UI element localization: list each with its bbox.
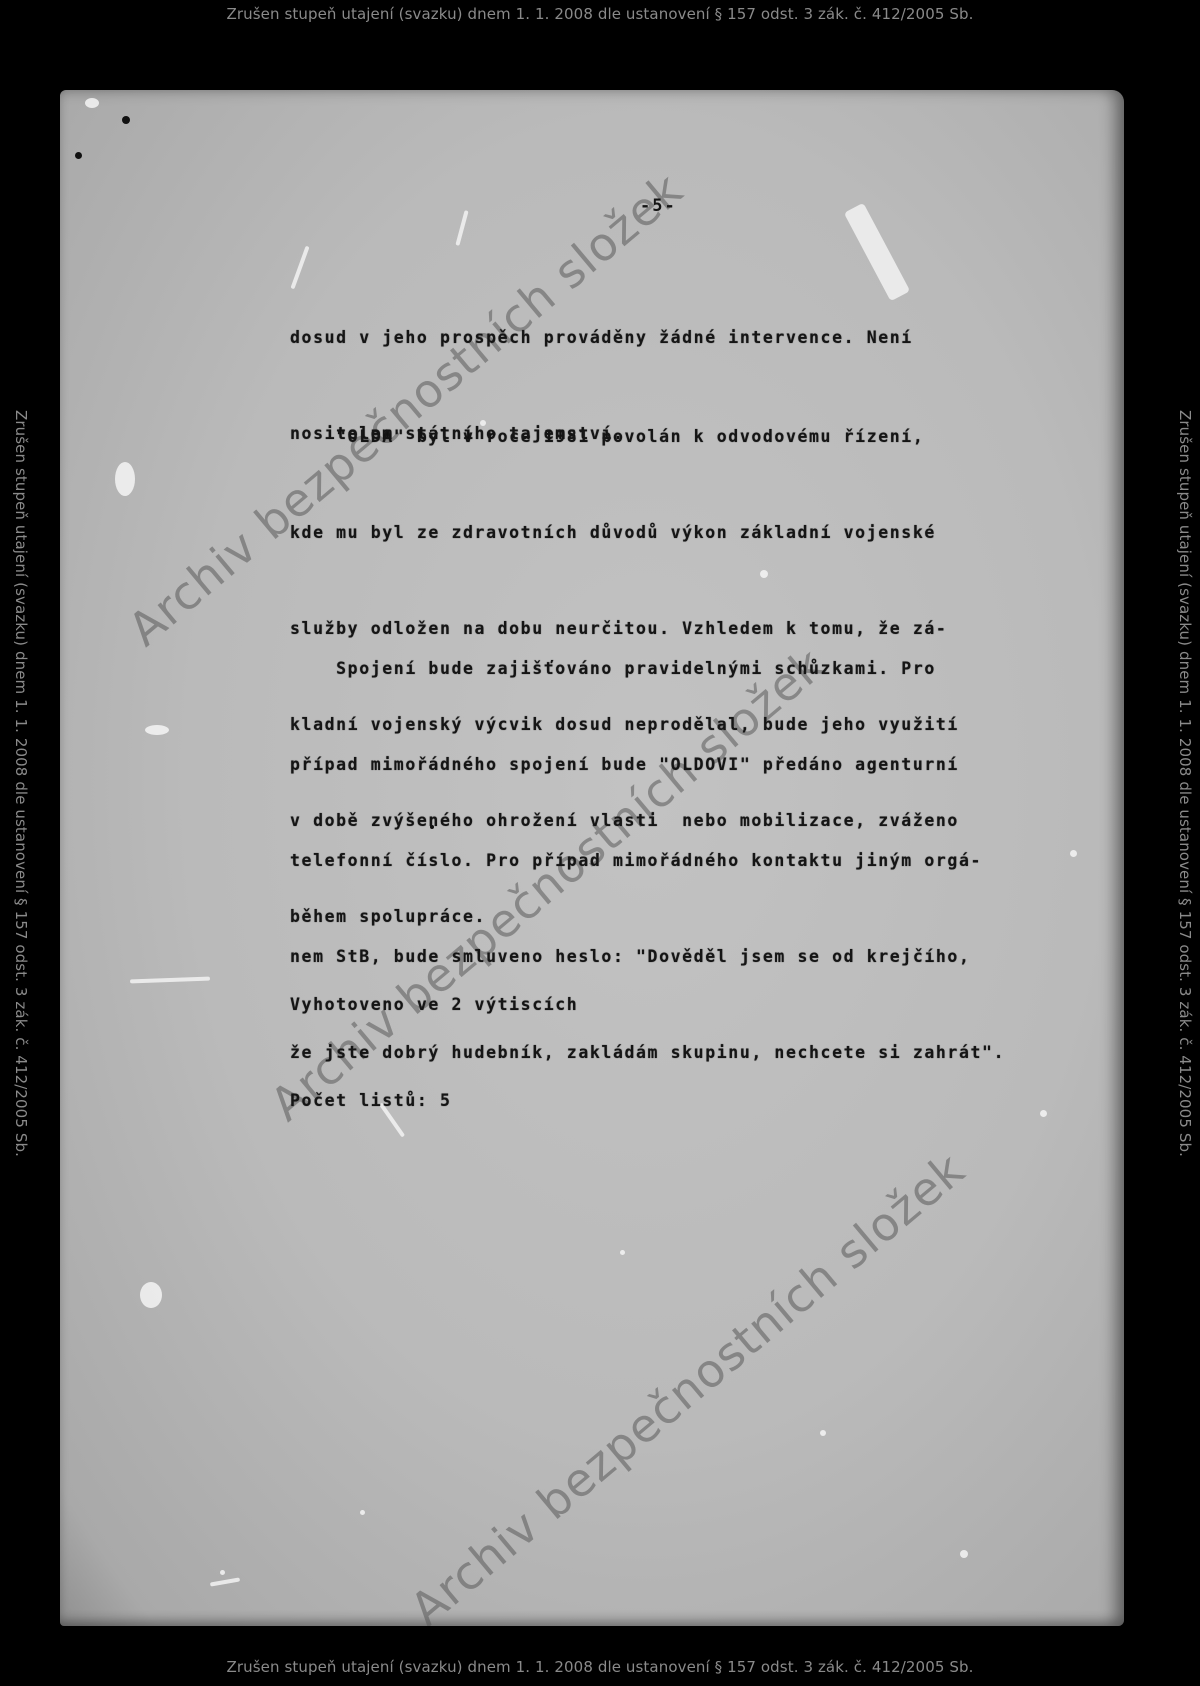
text-line: telefonní číslo. Pro případ mimořádného … xyxy=(290,845,1120,877)
declassification-banner-bottom: Zrušen stupeň utajení (svazku) dnem 1. 1… xyxy=(0,1658,1200,1676)
declassification-banner-top: Zrušen stupeň utajení (svazku) dnem 1. 1… xyxy=(0,5,1200,23)
copies-note: Vyhotoveno ve 2 výtiscích xyxy=(290,989,1120,1021)
text-line: Spojení bude zajišťováno pravidelnými sc… xyxy=(290,653,1120,685)
document-footer: Vyhotoveno ve 2 výtiscích Počet listů: 5 xyxy=(290,925,1120,1149)
declassification-banner-right: Zrušen stupeň utajení (svazku) dnem 1. 1… xyxy=(1176,410,1194,1157)
sheet-count: Počet listů: 5 xyxy=(290,1085,1120,1117)
declassification-banner-left: Zrušen stupeň utajení (svazku) dnem 1. 1… xyxy=(12,410,30,1157)
text-line: kde mu byl ze zdravotních důvodů výkon z… xyxy=(290,517,1120,549)
text-line: dosud v jeho prospěch prováděny žádné in… xyxy=(290,322,1120,354)
watermark-3: Archiv bezpečnostních složek xyxy=(400,1142,975,1626)
text-line: "OLDA" byl v roce 1981 povolán k odvodov… xyxy=(290,421,1120,453)
page-number: -5- xyxy=(640,196,677,216)
text-line: případ mimořádného spojení bude "OLDOVI"… xyxy=(290,749,1120,781)
